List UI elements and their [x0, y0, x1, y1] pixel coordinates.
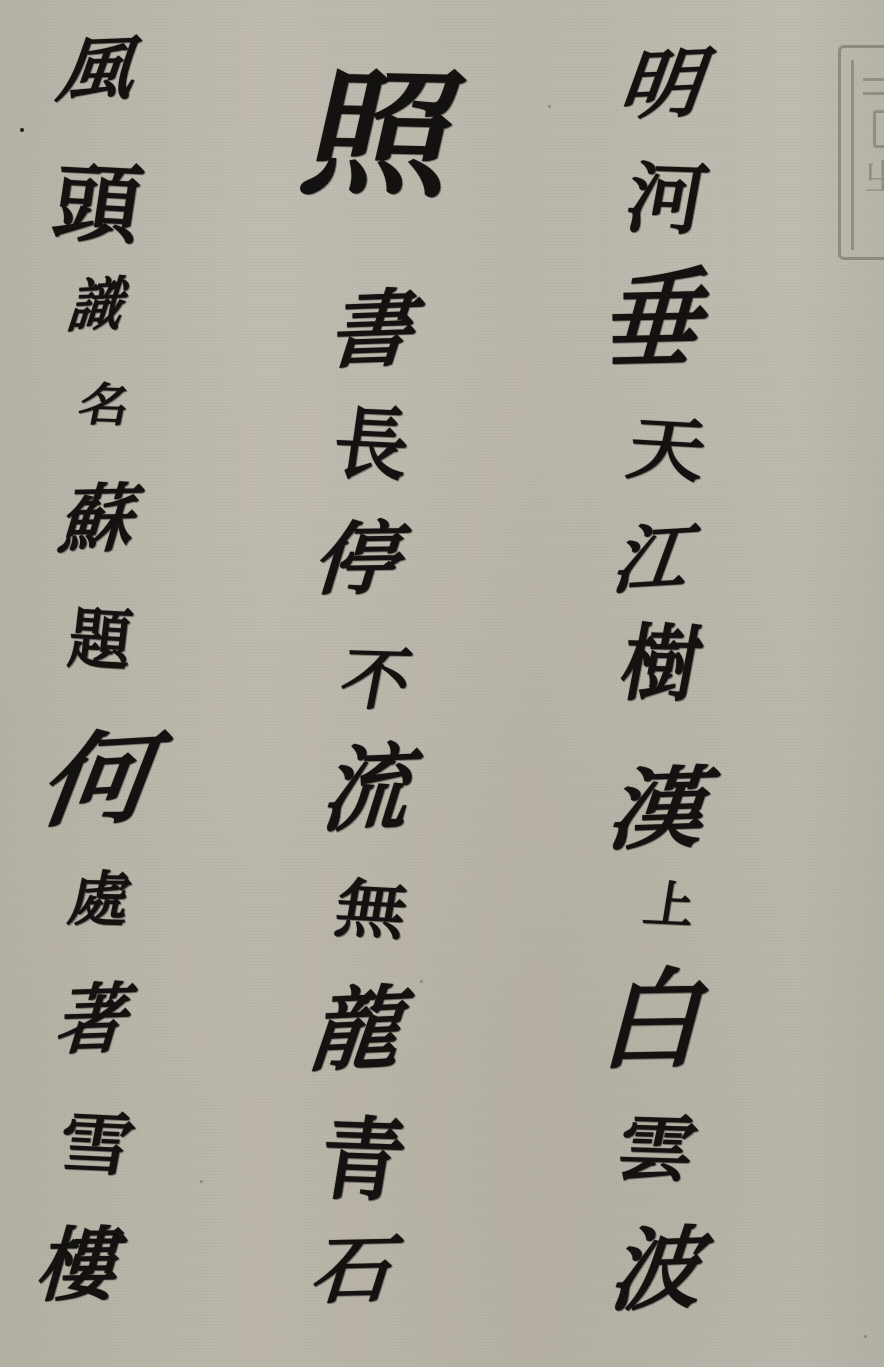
- calligraphy-glyph: 蘇: [56, 482, 134, 558]
- calligraphy-glyph: 識: [65, 275, 125, 336]
- seal-box-stroke: [873, 110, 884, 148]
- calligraphy-glyph: 雲: [609, 1113, 691, 1187]
- seal-lower-glyph: 㞢: [863, 158, 884, 198]
- calligraphy-glyph: 頭: [42, 160, 138, 250]
- seal-stroke: [863, 78, 884, 81]
- calligraphy-glyph: 樓: [34, 1224, 117, 1305]
- calligraphy-glyph: 樹: [614, 622, 696, 708]
- calligraphy-glyph: 題: [60, 605, 130, 675]
- calligraphy-page: 㞢 明河垂天江樹漢上白雲波 照書長停不流無龍青石 風頭識名蘇題何處著雪樓: [0, 0, 884, 1367]
- calligraphy-glyph: 長: [324, 403, 406, 486]
- ink-speck: [20, 128, 24, 132]
- calligraphy-glyph: 河: [618, 160, 702, 241]
- calligraphy-glyph: 天: [618, 413, 703, 487]
- calligraphy-glyph: 垂: [597, 265, 702, 375]
- calligraphy-glyph: 江: [608, 521, 691, 599]
- calligraphy-glyph: 照: [292, 64, 449, 205]
- calligraphy-glyph: 停: [311, 520, 400, 601]
- calligraphy-glyph: 無: [326, 876, 403, 944]
- calligraphy-glyph: 名: [73, 381, 126, 429]
- calligraphy-glyph: 波: [606, 1223, 704, 1317]
- calligraphy-glyph: 書: [325, 287, 415, 374]
- calligraphy-glyph: 不: [334, 645, 406, 715]
- calligraphy-glyph: 處: [64, 869, 127, 930]
- calligraphy-glyph: 風: [54, 34, 136, 107]
- calligraphy-glyph: 青: [310, 1113, 401, 1207]
- calligraphy-glyph: 上: [638, 879, 693, 931]
- ink-speck: [548, 105, 551, 108]
- calligraphy-glyph: 漢: [604, 764, 706, 856]
- ink-speck: [420, 980, 423, 983]
- ink-speck: [864, 1335, 867, 1338]
- calligraphy-glyph: 何: [34, 726, 157, 833]
- calligraphy-glyph: 流: [318, 742, 412, 838]
- calligraphy-glyph: 明: [615, 45, 705, 124]
- calligraphy-glyph: 雪: [50, 1109, 131, 1180]
- seal-stroke: [863, 92, 884, 95]
- ink-speck: [200, 1180, 203, 1183]
- collector-seal: 㞢: [838, 45, 884, 260]
- calligraphy-glyph: 著: [52, 981, 128, 1059]
- calligraphy-glyph: 石: [308, 1232, 392, 1307]
- calligraphy-glyph: 龍: [306, 983, 405, 1077]
- calligraphy-glyph: 白: [598, 965, 702, 1075]
